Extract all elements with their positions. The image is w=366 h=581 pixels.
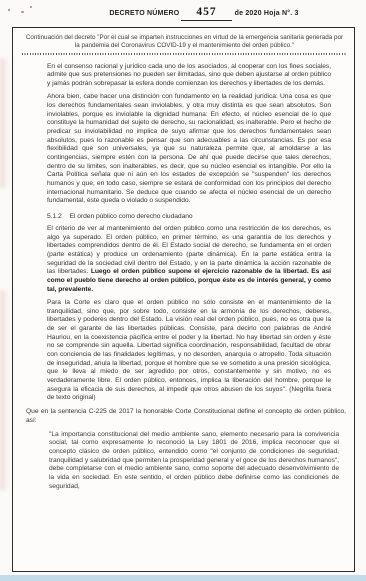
decree-number: 457 [181, 7, 231, 21]
quote-medio-ambiente: "La importancia constitucional del medio… [49, 431, 339, 492]
dotted-separator [22, 53, 347, 55]
continuation-note: Continuación del decreto "Por el cual se… [25, 34, 344, 50]
footer-scan-strip [0, 575, 366, 581]
paragraph-ahora-bien: Ahora bien, cabe hacer una distinción co… [47, 93, 331, 206]
decree-content-frame: Continuación del decreto "Por el cual se… [12, 27, 355, 572]
scan-smudge [0, 290, 9, 490]
decree-header: DECRETO NÚMERO 457 de 2020 Hoja N°. 3 [0, 7, 366, 21]
scan-smudge [0, 58, 9, 188]
decree-header-page-info: de 2020 Hoja N°. 3 [235, 10, 299, 17]
paragraph-criterio: El criterio de ver al mantenimiento del … [47, 225, 331, 294]
decree-body-text: En el consenso racional y jurídico cada … [47, 63, 331, 403]
section-title: El orden público como derecho ciudadano [70, 213, 193, 220]
section-heading-512: 5.1.2El orden público como derecho ciuda… [47, 213, 331, 222]
paragraph-para-la-corte: Para la Corte es claro que el orden públ… [47, 299, 331, 403]
paragraph-consenso: En el consenso racional y jurídico cada … [47, 63, 331, 89]
decree-header-label: DECRETO NÚMERO [109, 10, 179, 17]
section-number: 5.1.2 [47, 213, 62, 220]
scanned-document-page: DECRETO NÚMERO 457 de 2020 Hoja N°. 3 Co… [0, 0, 366, 581]
paragraph-sentencia-c225: Que en la sentencia C-225 de 2017 la hon… [26, 408, 346, 425]
